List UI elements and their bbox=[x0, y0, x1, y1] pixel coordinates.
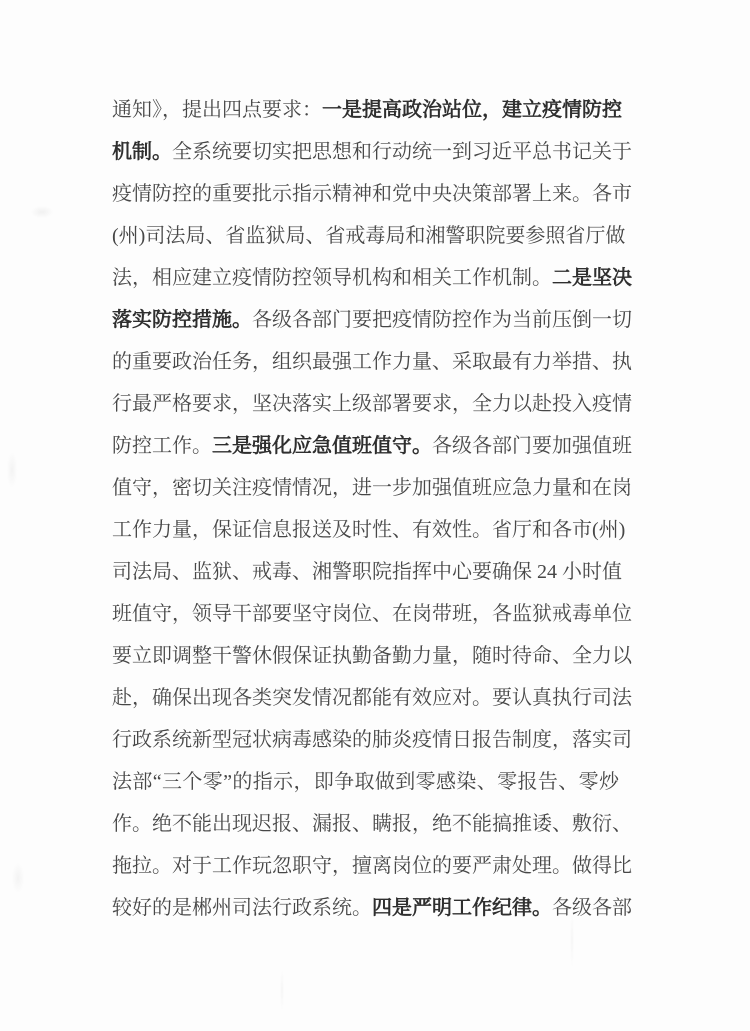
emphasis-text: 落实防控措施。 bbox=[112, 309, 252, 331]
text-line: 疫情防控的重要批示指示精神和党中央决策部署上来。各市 bbox=[112, 173, 619, 215]
text-line: 行政系统新型冠状病毒感染的肺炎疫情日报告制度，落实司 bbox=[112, 719, 619, 761]
body-text: 工作力量，保证信息报送及时性、有效性。省厅和各市(州) bbox=[112, 519, 625, 541]
text-line: (州)司法局、省监狱局、省戒毒局和湘警职院要参照省厅做 bbox=[112, 215, 619, 257]
emphasis-text: 四是严明工作纪律。 bbox=[372, 897, 552, 919]
text-line: 工作力量，保证信息报送及时性、有效性。省厅和各市(州) bbox=[112, 509, 619, 551]
body-text: (州)司法局、省监狱局、省戒毒局和湘警职院要参照省厅做 bbox=[112, 225, 625, 247]
body-text: 值守，密切关注疫情情况，进一步加强值班应急力量和在岗 bbox=[112, 477, 632, 499]
body-text: 通知》，提出四点要求： bbox=[112, 99, 322, 121]
body-text: 拖拉。对于工作玩忽职守，擅离岗位的要严肃处理。做得比 bbox=[112, 855, 632, 877]
body-text: 各级各部 bbox=[552, 897, 632, 919]
body-text: 各级各部门要把疫情防控作为当前压倒一切 bbox=[252, 309, 632, 331]
text-line: 防控工作。三是强化应急值班值守。各级各部门要加强值班 bbox=[112, 425, 619, 467]
body-text: 行最严格要求，坚决落实上级部署要求，全力以赴投入疫情 bbox=[112, 393, 632, 415]
body-text: 作。绝不能出现迟报、漏报、瞒报，绝不能搞推诿、敷衍、 bbox=[112, 813, 632, 835]
body-text: 法，相应建立疫情防控领导机构和相关工作机制。 bbox=[112, 267, 552, 289]
text-line: 落实防控措施。各级各部门要把疫情防控作为当前压倒一切 bbox=[112, 299, 619, 341]
body-text: 全系统要切实把思想和行动统一到习近平总书记关于 bbox=[172, 141, 632, 163]
body-text: 行政系统新型冠状病毒感染的肺炎疫情日报告制度，落实司 bbox=[112, 729, 632, 751]
text-line: 的重要政治任务，组织最强工作力量、采取最有力举措、执 bbox=[112, 341, 619, 383]
text-line: 较好的是郴州司法行政系统。四是严明工作纪律。各级各部 bbox=[112, 887, 619, 929]
text-line: 要立即调整干警休假保证执勤备勤力量，随时待命、全力以 bbox=[112, 635, 619, 677]
text-line: 值守，密切关注疫情情况，进一步加强值班应急力量和在岗 bbox=[112, 467, 619, 509]
body-text: 班值守，领导干部要坚守岗位、在岗带班，各监狱戒毒单位 bbox=[112, 603, 632, 625]
text-line: 赴，确保出现各类突发情况都能有效应对。要认真执行司法 bbox=[112, 677, 619, 719]
emphasis-text: 一是提高政治站位，建立疫情防控 bbox=[322, 99, 622, 121]
body-text: 防控工作。 bbox=[112, 435, 212, 457]
text-line: 司法局、监狱、戒毒、湘警职院指挥中心要确保 24 小时值 bbox=[112, 551, 619, 593]
text-line: 法部“三个零”的指示，即争取做到零感染、零报告、零炒 bbox=[112, 761, 619, 803]
body-text: 司法局、监狱、戒毒、湘警职院指挥中心要确保 24 小时值 bbox=[112, 561, 622, 583]
body-text: 较好的是郴州司法行政系统。 bbox=[112, 897, 372, 919]
body-text: 的重要政治任务，组织最强工作力量、采取最有力举措、执 bbox=[112, 351, 632, 373]
body-text: 法部“三个零”的指示，即争取做到零感染、零报告、零炒 bbox=[112, 771, 619, 793]
document-text-block: 通知》，提出四点要求：一是提高政治站位，建立疫情防控机制。全系统要切实把思想和行… bbox=[112, 89, 619, 929]
text-line: 通知》，提出四点要求：一是提高政治站位，建立疫情防控 bbox=[112, 89, 619, 131]
body-text: 疫情防控的重要批示指示精神和党中央决策部署上来。各市 bbox=[112, 183, 632, 205]
text-line: 法，相应建立疫情防控领导机构和相关工作机制。二是坚决 bbox=[112, 257, 619, 299]
body-text: 赴，确保出现各类突发情况都能有效应对。要认真执行司法 bbox=[112, 687, 632, 709]
body-text: 各级各部门要加强值班 bbox=[432, 435, 632, 457]
emphasis-text: 三是强化应急值班值守。 bbox=[212, 435, 432, 457]
emphasis-text: 机制。 bbox=[112, 141, 172, 163]
text-line: 班值守，领导干部要坚守岗位、在岗带班，各监狱戒毒单位 bbox=[112, 593, 619, 635]
text-line: 行最严格要求，坚决落实上级部署要求，全力以赴投入疫情 bbox=[112, 383, 619, 425]
body-text: 要立即调整干警休假保证执勤备勤力量，随时待命、全力以 bbox=[112, 645, 632, 667]
text-line: 机制。全系统要切实把思想和行动统一到习近平总书记关于 bbox=[112, 131, 619, 173]
text-line: 拖拉。对于工作玩忽职守，擅离岗位的要严肃处理。做得比 bbox=[112, 845, 619, 887]
text-line: 作。绝不能出现迟报、漏报、瞒报，绝不能搞推诿、敷衍、 bbox=[112, 803, 619, 845]
scanned-document-page: 通知》，提出四点要求：一是提高政治站位，建立疫情防控机制。全系统要切实把思想和行… bbox=[0, 0, 750, 1031]
emphasis-text: 二是坚决 bbox=[552, 267, 632, 289]
